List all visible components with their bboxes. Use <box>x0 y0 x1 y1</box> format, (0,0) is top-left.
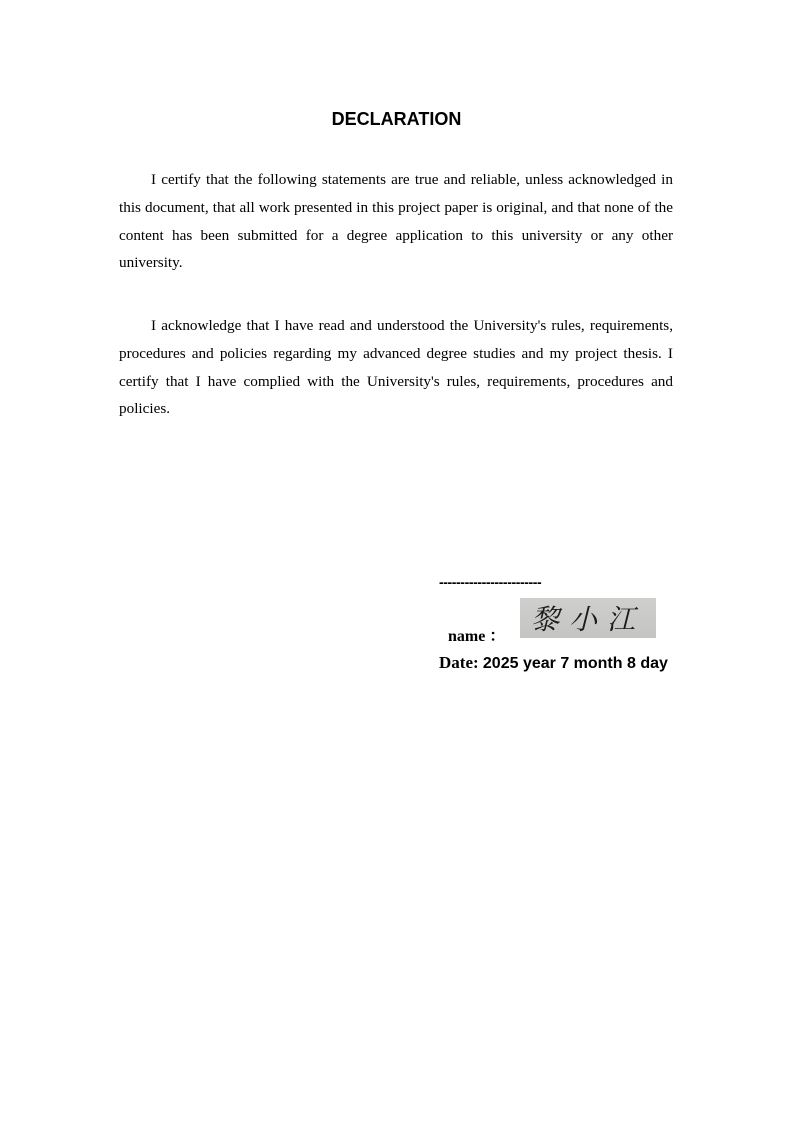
name-label: name ： <box>448 623 505 646</box>
date-value: 2025 year 7 month 8 day <box>483 655 668 672</box>
acknowledgement-paragraph: I acknowledge that I have read and under… <box>119 312 673 423</box>
signature-dash-line: ------------------------ <box>439 574 541 590</box>
certification-paragraph: I certify that the following statements … <box>119 166 673 277</box>
date-line: Date: 2025 year 7 month 8 day <box>439 651 673 675</box>
page-title: DECLARATION <box>0 109 793 130</box>
date-label: Date: <box>439 653 483 672</box>
handwritten-signature-image: 黎小江 <box>520 598 656 638</box>
